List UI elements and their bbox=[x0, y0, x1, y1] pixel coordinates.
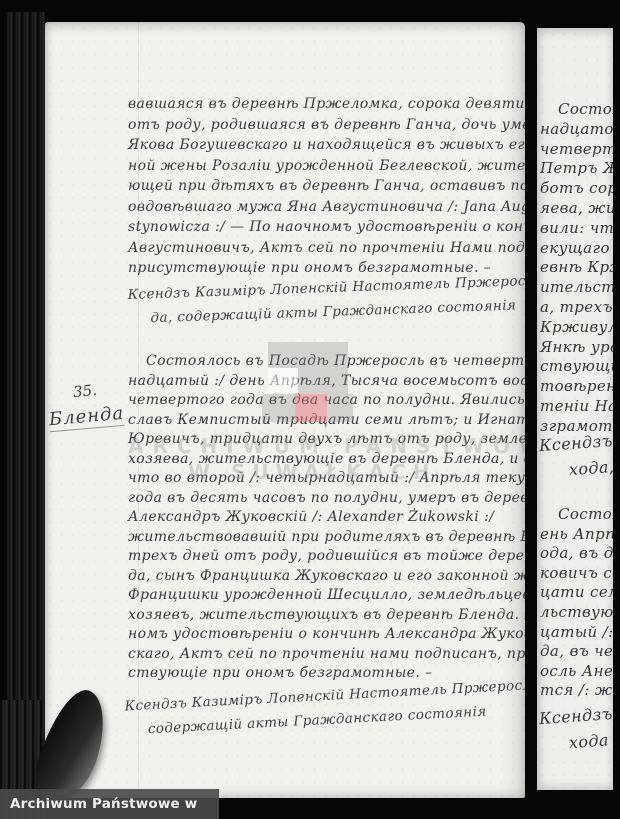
emblem-cell-gray bbox=[327, 394, 353, 422]
watermark-text-line1: ARCHIWUM PAŃSTWOW bbox=[128, 434, 525, 458]
right-page-entry-2: Состоялось в ень Апрѣля ода, въ два ч ко… bbox=[540, 505, 613, 701]
priest-signature: Ксендзъ Казиміръ Лопенскій Настоятель Пр… bbox=[124, 674, 525, 743]
manuscript-line: скаго, Актъ сей по прочтеніи нами подпис… bbox=[128, 645, 525, 665]
manuscript-line: Янкѣ урожде bbox=[540, 338, 613, 358]
manuscript-line: да, сынъ Францишка Жуковскаго и его зако… bbox=[128, 567, 525, 587]
manuscript-line: ботъ сорока bbox=[540, 179, 613, 199]
manuscript-line: Петръ Жуко bbox=[540, 159, 613, 179]
paragraph-act-continuation: вавшаяся въ деревнѣ Пржеломка, сорока де… bbox=[128, 94, 525, 279]
manuscript-line: отъ роду, родившаяся въ деревнѣ Ганча, д… bbox=[128, 115, 525, 136]
manuscript-line: Состоялось в bbox=[540, 100, 613, 120]
manuscript-line: ковичъ соро bbox=[540, 564, 613, 584]
manuscript-line: яева, жител bbox=[540, 199, 613, 219]
manuscript-line: четвертого го bbox=[540, 140, 613, 160]
manuscript-line: товѣреніи о bbox=[540, 377, 613, 397]
manuscript-line: Александръ Жуковскій /: Alexander Żukows… bbox=[128, 508, 525, 528]
manuscript-line: ной жены Розаліи урожденной Беглевской, … bbox=[128, 156, 525, 177]
manuscript-line: да, въ четыр bbox=[540, 642, 613, 662]
emblem-cell-red bbox=[295, 394, 327, 422]
manuscript-line: номъ удостовѣреніи о кончинѣ Александра … bbox=[128, 625, 525, 645]
manuscript-line: осль Анеш bbox=[540, 662, 613, 682]
entry-place-name: Бленда bbox=[48, 403, 125, 432]
manuscript-line: льствующій bbox=[540, 603, 613, 623]
emblem-cell-gray bbox=[262, 394, 295, 422]
priest-signature: Ксендзъ К хода bbox=[538, 700, 613, 758]
manuscript-line: трехъ дней отъ роду, родившійся въ тойже… bbox=[128, 547, 525, 567]
manuscript-line: вавшаяся въ деревнѣ Пржеломка, сорока де… bbox=[128, 94, 525, 115]
manuscript-line: екущаго год bbox=[540, 239, 613, 259]
manuscript-line: ода, въ два ч bbox=[540, 544, 613, 564]
manuscript-line: евнѣ Кржив bbox=[540, 258, 613, 278]
manuscript-line: Крживулька bbox=[540, 318, 613, 338]
manuscript-line: а, трехъ нед bbox=[540, 298, 613, 318]
manuscript-line: тся /: жена bbox=[540, 681, 613, 701]
emblem-cell-white bbox=[268, 368, 298, 394]
manuscript-line: ствующихъ в bbox=[540, 357, 613, 377]
book-spine bbox=[5, 12, 46, 806]
priest-signature: Ксендзъ Ка хода, со bbox=[538, 427, 613, 485]
archive-label: Archiwum Państwowe w Suwałkach bbox=[0, 789, 219, 819]
manuscript-line: цатый /: вос bbox=[540, 623, 613, 643]
right-page-entry-1: Состоялось в надцатое /: с четвертого го… bbox=[540, 100, 613, 437]
manuscript-line: овдовѣвшаго мужа Яна Августиновича /: Ja… bbox=[128, 197, 525, 218]
emblem-cell-gray bbox=[268, 342, 348, 368]
manuscript-line: Францишки урожденной Шесцилло, земледѣль… bbox=[128, 586, 525, 606]
manuscript-line: Августиновичъ, Актъ сей по прочтеніи Нам… bbox=[128, 238, 525, 259]
manuscript-line: Состоялось в bbox=[540, 505, 613, 525]
left-page: 35. Бленда вавшаяся въ деревнѣ Пржеломка… bbox=[45, 22, 525, 798]
right-page: Состоялось в надцатое /: с четвертого го… bbox=[537, 28, 613, 790]
watermark-text-line2: W SUWAŁKACH bbox=[188, 460, 525, 484]
manuscript-line: Якова Богушевскаго и находящейся въ живы… bbox=[128, 135, 525, 156]
manuscript-line: ительствовав bbox=[540, 278, 613, 298]
manuscript-line: теніи Нами bbox=[540, 397, 613, 417]
manuscript-line: ень Апрѣля bbox=[540, 525, 613, 545]
manuscript-line: хозяевъ, жительствующихъ въ деревнѣ Блен… bbox=[128, 606, 525, 626]
manuscript-line: stynowicza :/ — По наочномъ удостовѣрені… bbox=[128, 217, 525, 238]
manuscript-line: надцатое /: с bbox=[540, 120, 613, 140]
manuscript-line: цати семи л bbox=[540, 583, 613, 603]
entry-number: 35. bbox=[72, 381, 98, 401]
scan-background: 35. Бленда вавшаяся въ деревнѣ Пржеломка… bbox=[0, 0, 620, 819]
manuscript-line: вили: что в bbox=[540, 219, 613, 239]
archive-emblem bbox=[262, 342, 353, 422]
emblem-cell-gray bbox=[298, 368, 348, 394]
manuscript-line: ющей при дѣтяхъ въ деревнѣ Ганча, остави… bbox=[128, 176, 525, 197]
manuscript-line: года въ десять часовъ по полудни, умеръ … bbox=[128, 489, 525, 509]
manuscript-line: жительствовавшій при родителяхъ въ дерев… bbox=[128, 528, 525, 548]
